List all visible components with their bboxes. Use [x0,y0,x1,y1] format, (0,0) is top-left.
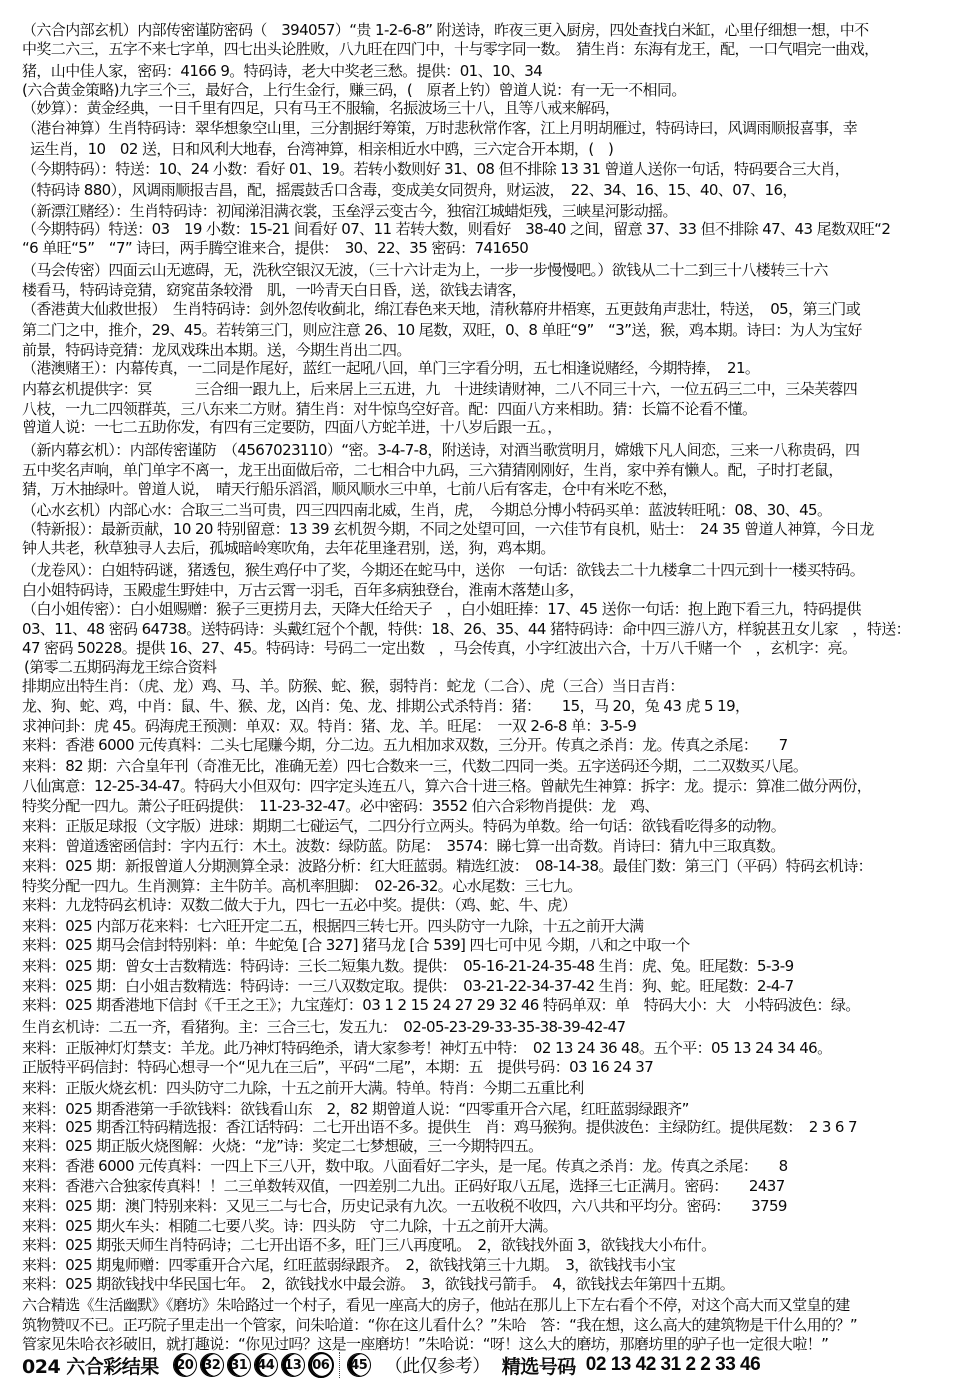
text-line: （港澳赌王）：内幕传真，一二同是作尾好，蓝红一起吼八回，单门三字看分明，五七相逢… [22,358,957,378]
text-line: 龙、狗、蛇、鸡，中肖：鼠、牛、猴、龙，凶肖：兔、龙、排期公式杀特肖：猪： 15，… [22,696,957,716]
text-line: （龙卷风）：白姐特码谜，猪透包，猴生鸡仔中了奖，今期还在蛇马中，送你 一句话：欲… [22,560,957,580]
text-line: 六合精选《生活幽默》《磨坊》朱哈路过一个村子，看见一座高大的房子，他站在那儿上下… [22,1295,957,1315]
text-line: （今期特码）特送：03 19 小数：15-21 间看好 07、11 若转大数，则… [22,219,957,239]
number-ball: 06 [308,1352,334,1378]
text-line: 来料：香港六合独家传真料！！二三单数转双值，一四差别二九出。正码好取八五尾，选择… [22,1176,957,1196]
text-line: 第二门之中，推介，29、45。若转第三门，则应注意 26、10 尾数，双旺，0、… [22,320,957,340]
text-line: 排期应出特生肖：（虎、龙）鸡、马、羊。防猴、蛇、猴，弱特肖：蛇龙（二合）、虎（三… [22,676,957,696]
text-line: 前景，特码诗竞猜：龙凤戏珠出本期。送，今期生肖出二四。 [22,340,957,360]
text-line: 来料：025 期：新报曾道人分期测算全录：波路分析：红大旺蓝弱。精选红波： 08… [22,856,957,876]
text-line: 八仙寓意：12-25-34-47。特码大小但双句：四字定头连五八，算六合十进三格… [22,776,957,796]
text-line: 生肖玄机诗：二五一齐，看猪狗。主：三合三七，发五九： 02-05-23-29-3… [22,1017,957,1037]
text-line: （马会传密）四面云山无遮碍，无，洗秋空银汉无波，（三十六计走为上，一步一步慢慢吧… [22,260,957,280]
text-line: 内幕玄机提供字：冥 三合细一跟九上，后来居上三五进，九 十进续请财神，二八不同三… [22,379,957,399]
text-line: 来料：香港 6000 元传真料：一四上下三八开，数中取。八面看好二字头，是一尾。… [22,1156,957,1176]
text-line: （新内幕玄机）：内部传密谨防 （4567023110）“密。3-4-7-8，附送… [22,440,957,460]
number-ball: 20 [173,1353,197,1377]
text-line: （新漂江赌经）：生肖特码诗：初闻涕泪满衣裳，玉垒浮云变古今，独宿江城蜡炬残，三峡… [22,201,957,221]
text-line: （特新报）：最新贡献，10 20 特别留意：13 39 玄机贺今期，不同之处望可… [22,519,957,539]
text-line: 来料：025 期香江特码精选报：香江话特码：二七开出语不多。提供生 肖：鸡马猴狗… [22,1117,957,1137]
special-number-ball: 45 [347,1353,371,1377]
picks-label: 精选号码 [502,1352,576,1379]
text-line: 来料：正版神灯灯禁支：羊龙。此乃神灯特码绝杀，请大家参考！神灯五中特： 02 1… [22,1038,957,1058]
text-line: 钟人共老，秋草独寻人去后，孤城暗岭寒吹角，去年花里逢君别，送，狗，鸡本期。 [22,538,957,558]
text-line: 八枝，一九二四领群英，三八东来二方财。猜生肖：对牛惊鸟空好音。配：四面八方来相助… [22,399,957,419]
text-line: （白小姐传密）：白小姐赐赠：猴子三更捞月去，天降大任给天子 ，白小姐旺捧：17、… [22,599,957,619]
text-line: （港台神算）生肖特码诗：翠华想象空山里，三分割据纡筹策，万时悲秋常作客，江上月明… [22,118,957,138]
result-balls: 20 32 31 44 13 06 45 [173,1352,371,1378]
text-line: 来料：正版足球报（文字版）进球：期期二七碰运气，二四分行立两头。特码为单数。给一… [22,816,957,836]
section-heading: (第零二五期码海龙王综合资料 [24,657,959,677]
text-line: 来料：025 期：曾女士吉数精选：特码诗：三长二短集九数。提供： 05-16-2… [22,956,957,976]
text-line: 来料：025 期正版火烧图解：火烧：“龙”诗：奖定二七梦想破，三一今期特四五。 [22,1136,957,1156]
text-line: （妙算）：黄金经典，一日千里有四足，只有马王不服输，名振波场三十八，且等八戒来解… [22,98,957,118]
text-line: 来料：025 期：白小姐吉数精选：特码诗：一三八双数定取。提供： 03-21-2… [22,976,957,996]
picks-numbers: 02 13 42 31 2 2 33 46 [586,1354,760,1376]
text-line: （六合内部玄机）内部传密谨防密码（ 394057）“贵 1-2-6-8” 附送诗… [22,20,957,40]
text-line: 来料：025 期鬼师赠：四零重开合六尾，红旺蓝弱绿跟齐。 2，欲钱找第三十九期。… [22,1255,957,1275]
text-line: 来料：82 期：六合皇年刊（奇准无比，准确无差）四七合数来一三，代数二四同一类。… [22,756,957,776]
special-number-divider [339,1352,342,1378]
lottery-result-row: 024 六合彩结果 20 32 31 44 13 06 45 （此仅参考） 精选… [22,1352,782,1378]
text-line: 曾道人说：一七二五助你发，有四有三定要防，四面八方蛇羊进，十八岁后跟一五。， [22,417,957,437]
text-line: “6 单旺“5” “7” 诗曰，两手腾空谁来合，提供： 30、22、35 密码：… [22,238,957,258]
text-line: 特奖分配一四九。生肖测算：主牛防羊。高机率胆脚： 02-26-32。心水尾数：三… [22,876,957,896]
text-line: 求神问卦：虎 45。码海虎王预测：单双：双。特肖：猪、龙、羊。旺尾： 一双 2-… [22,716,957,736]
text-line: （特码诗 880），风调雨顺报吉昌，配，摇震鼓舌口含毒，变成美女同贺舟，财运波，… [22,180,957,200]
text-line: 五中奖名声响，单门单字不离一，龙王出面做后帝，二七相合中九码，三六猜猜刚刚好，生… [22,460,957,480]
text-line: 白小姐特码诗，玉殿虚生野娃中，万古云霄一羽毛，百年多病独登台，淮南木落楚山多， [22,580,957,600]
text-line: 来料：025 期欲钱找中华民国七年。 2，欲钱找水中最会游。 3，欲钱找弓箭手。… [22,1274,957,1294]
number-ball: 32 [200,1353,224,1377]
result-label: 024 六合彩结果 [22,1352,159,1379]
text-line: 楼看马，特码诗竞猜，窈窕苗条较滑 肌，一吟青天白日昏，送，欲钱去请客， [22,280,957,300]
text-line: (六合黄金策略)九字三个三，最好合，上行生金行，赚三码，( 原者上钓）曾道人说：… [22,80,957,100]
text-line: 运生肖，10 02 送，日和风利大地春，台湾神算，相亲相近水中鸥，三六定合开本期… [30,139,965,159]
text-line: 来料：曾道透密函信封：字内五行：木土。波数：绿防蓝。防尾： 3574：睇七算一出… [22,836,957,856]
text-line: 来料：025 期：澳门特别来料：又见三二与七合，历史记录有九次。一五收税不收四，… [22,1196,957,1216]
text-line: 47 密码 50228。提供 16、27、45。特码诗：号码二一定出数 ，马会传… [22,638,957,658]
reference-note: （此仅参考） [385,1352,490,1378]
text-line: （今期特码）：特送：10、24 小数：看好 01、19。若转小数则好 31、08… [22,159,957,179]
text-line: 中奖二六三，五字不来七字单，四七出头论胜败，八九旺在四门中，十与零字同一数。 猜… [22,39,957,59]
number-ball: 13 [281,1353,305,1377]
text-line: 来料：025 期香港地下信封《千王之王》；九宝莲灯：03 1 2 15 24 2… [22,995,957,1015]
text-line: 来料：025 期火车头：相随二七要八奖。诗：四头防 守二九除，十五之前开大满。 [22,1216,957,1236]
text-line: 猪，山中佳人家，密码：4166 9。特码诗，老大中奖老三愁。提供：01、10、3… [22,61,957,81]
text-line: （香港黄大仙救世报） 生肖特码诗：剑外忽传收蓟北，绵江春色来天地，清秋幕府井梧寒… [22,299,957,319]
text-line: 来料：025 期香港第一手欲钱料：欲钱看山东 2，82 期曾道人说：“四零重开合… [22,1099,957,1119]
number-ball: 44 [254,1353,278,1377]
text-line: 来料：025 期马会信封特别料：单：牛蛇兔 [合 327] 猪马龙 [合 539… [22,935,957,955]
text-line: （心水玄机）内部心水：合取三二当可贵，四三四四南北威，生肖，虎， 今期总分博小特… [22,500,957,520]
text-line: 管家见朱哈衣衫破旧，就打趣说：“你见过吗？这是一座磨坊！”朱哈说：“呀！这么大的… [22,1334,957,1354]
text-line: 来料：香港 6000 元传真料：二头七尾赚今期，分二边。五九相加求双数，三分开。… [22,735,957,755]
text-line: 来料：九龙特码玄机诗：双数二做大于九，四七一五必中奖。提供：（鸡、蛇、牛、虎） [22,895,957,915]
text-line: 筑物赞叹不已。正巧院子里走出一个管家，问朱哈道：“你在这儿看什么？”朱哈 答：“… [22,1315,957,1335]
text-line: 来料：025 内部万花来料：七六旺开定二五，根据四三转七开。四头防守一九除，十五… [22,916,957,936]
text-line: 03、11、48 密码 64738。送特码诗：头戴红冠个个靓，特供：18、26、… [22,619,957,639]
text-line: 来料：正版火烧玄机：四头防守二九除，十五之前开大满。特单。特肖：今期二五重比利 [22,1078,957,1098]
number-ball: 31 [227,1353,251,1377]
text-line: 猜，万木抽绿叶。曾道人说， 晴天行船乐滔滔，顺风顺水三中单，七前八后有客走，仓中… [22,479,957,499]
text-line: 来料：025 期张天师生肖特码诗；二七开出语不多，旺门三八再度吼。 2，欲钱找外… [22,1235,957,1255]
text-line: 特奖分配一四九。萧公子旺码提供： 11-23-32-47。必中密码：3552 伯… [22,796,957,816]
text-line: 正版特平码信封：特码心想寻一个“见九在三后”，平码“二尾”，本期：五 提供号码：… [22,1057,957,1077]
